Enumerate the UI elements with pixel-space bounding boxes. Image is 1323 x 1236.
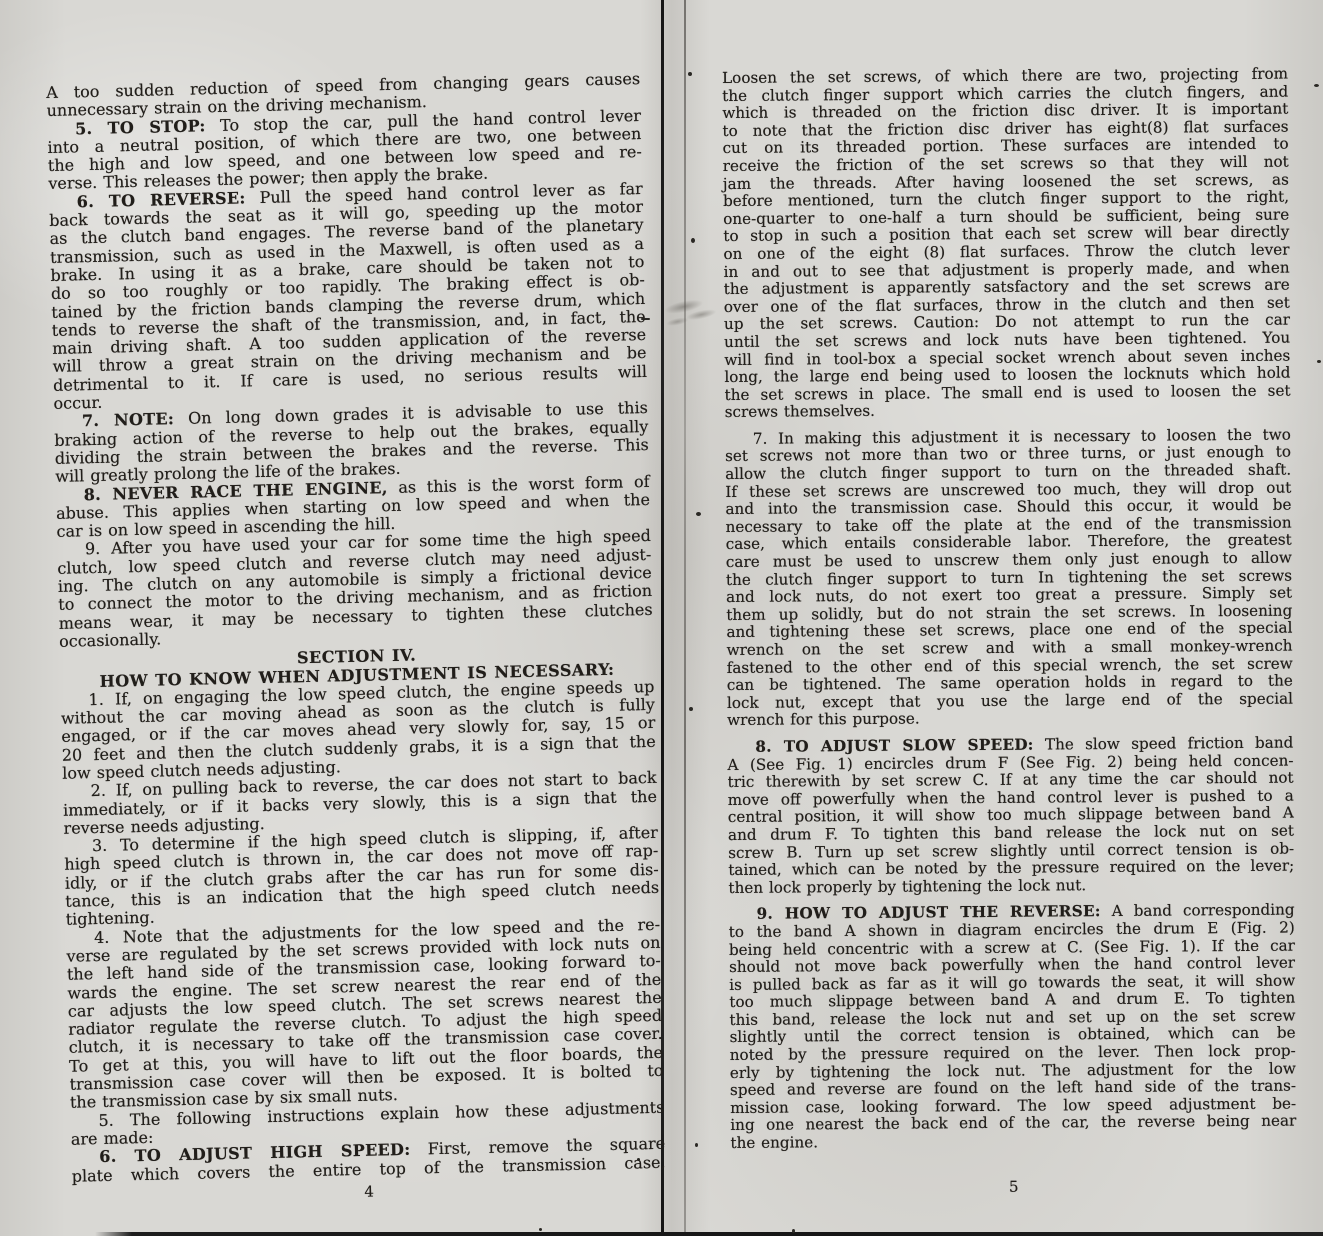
paragraph: 9. After you have used your car for some… xyxy=(57,527,653,651)
ink-speck xyxy=(792,1229,795,1233)
gutter-line-faint xyxy=(684,0,686,1236)
paragraph: 9. HOW TO ADJUST THE REVERSE: A band cor… xyxy=(729,902,1297,1153)
ink-speck xyxy=(689,707,693,711)
paragraph: 4. Note that the adjustments for the low… xyxy=(66,915,664,1112)
page-left-paragraphs: A too sudden reduction of speed from cha… xyxy=(46,70,666,1186)
paragraph: 6. TO REVERSE: Pull the speed hand contr… xyxy=(49,180,648,413)
paragraph: Loosen the set screws, of which there ar… xyxy=(722,66,1291,422)
paragraph: 1. If, on engaging the low speed clutch,… xyxy=(60,678,656,783)
scan-edge-strip xyxy=(95,1232,1323,1236)
page-right: Loosen the set screws, of which there ar… xyxy=(722,66,1297,1199)
ink-speck xyxy=(688,72,692,76)
paragraph: 8. TO ADJUST SLOW SPEED: The slow speed … xyxy=(727,735,1294,898)
page-number-right: 5 xyxy=(731,1176,1297,1198)
ink-speck xyxy=(1317,360,1321,363)
ink-speck xyxy=(691,238,695,243)
ink-speck xyxy=(1314,84,1319,87)
book-scan: A too sudden reduction of speed from cha… xyxy=(0,0,1323,1236)
text-line: screws themselves. xyxy=(725,400,1291,422)
paragraph: 7. In making this adjustment it is neces… xyxy=(725,426,1293,730)
page-right-paragraphs: Loosen the set screws, of which there ar… xyxy=(722,66,1296,1153)
ink-speck xyxy=(695,1143,698,1147)
text-line: the engine. xyxy=(730,1131,1296,1153)
page-left: A too sudden reduction of speed from cha… xyxy=(46,70,666,1208)
paragraph: 3. To determine if the high speed clutch… xyxy=(64,824,660,929)
ink-speck xyxy=(539,1228,542,1231)
text-line: then lock properly by tightening the loc… xyxy=(728,875,1294,897)
ink-speck xyxy=(696,512,701,516)
text-line: wrench for this purpose. xyxy=(727,708,1293,730)
